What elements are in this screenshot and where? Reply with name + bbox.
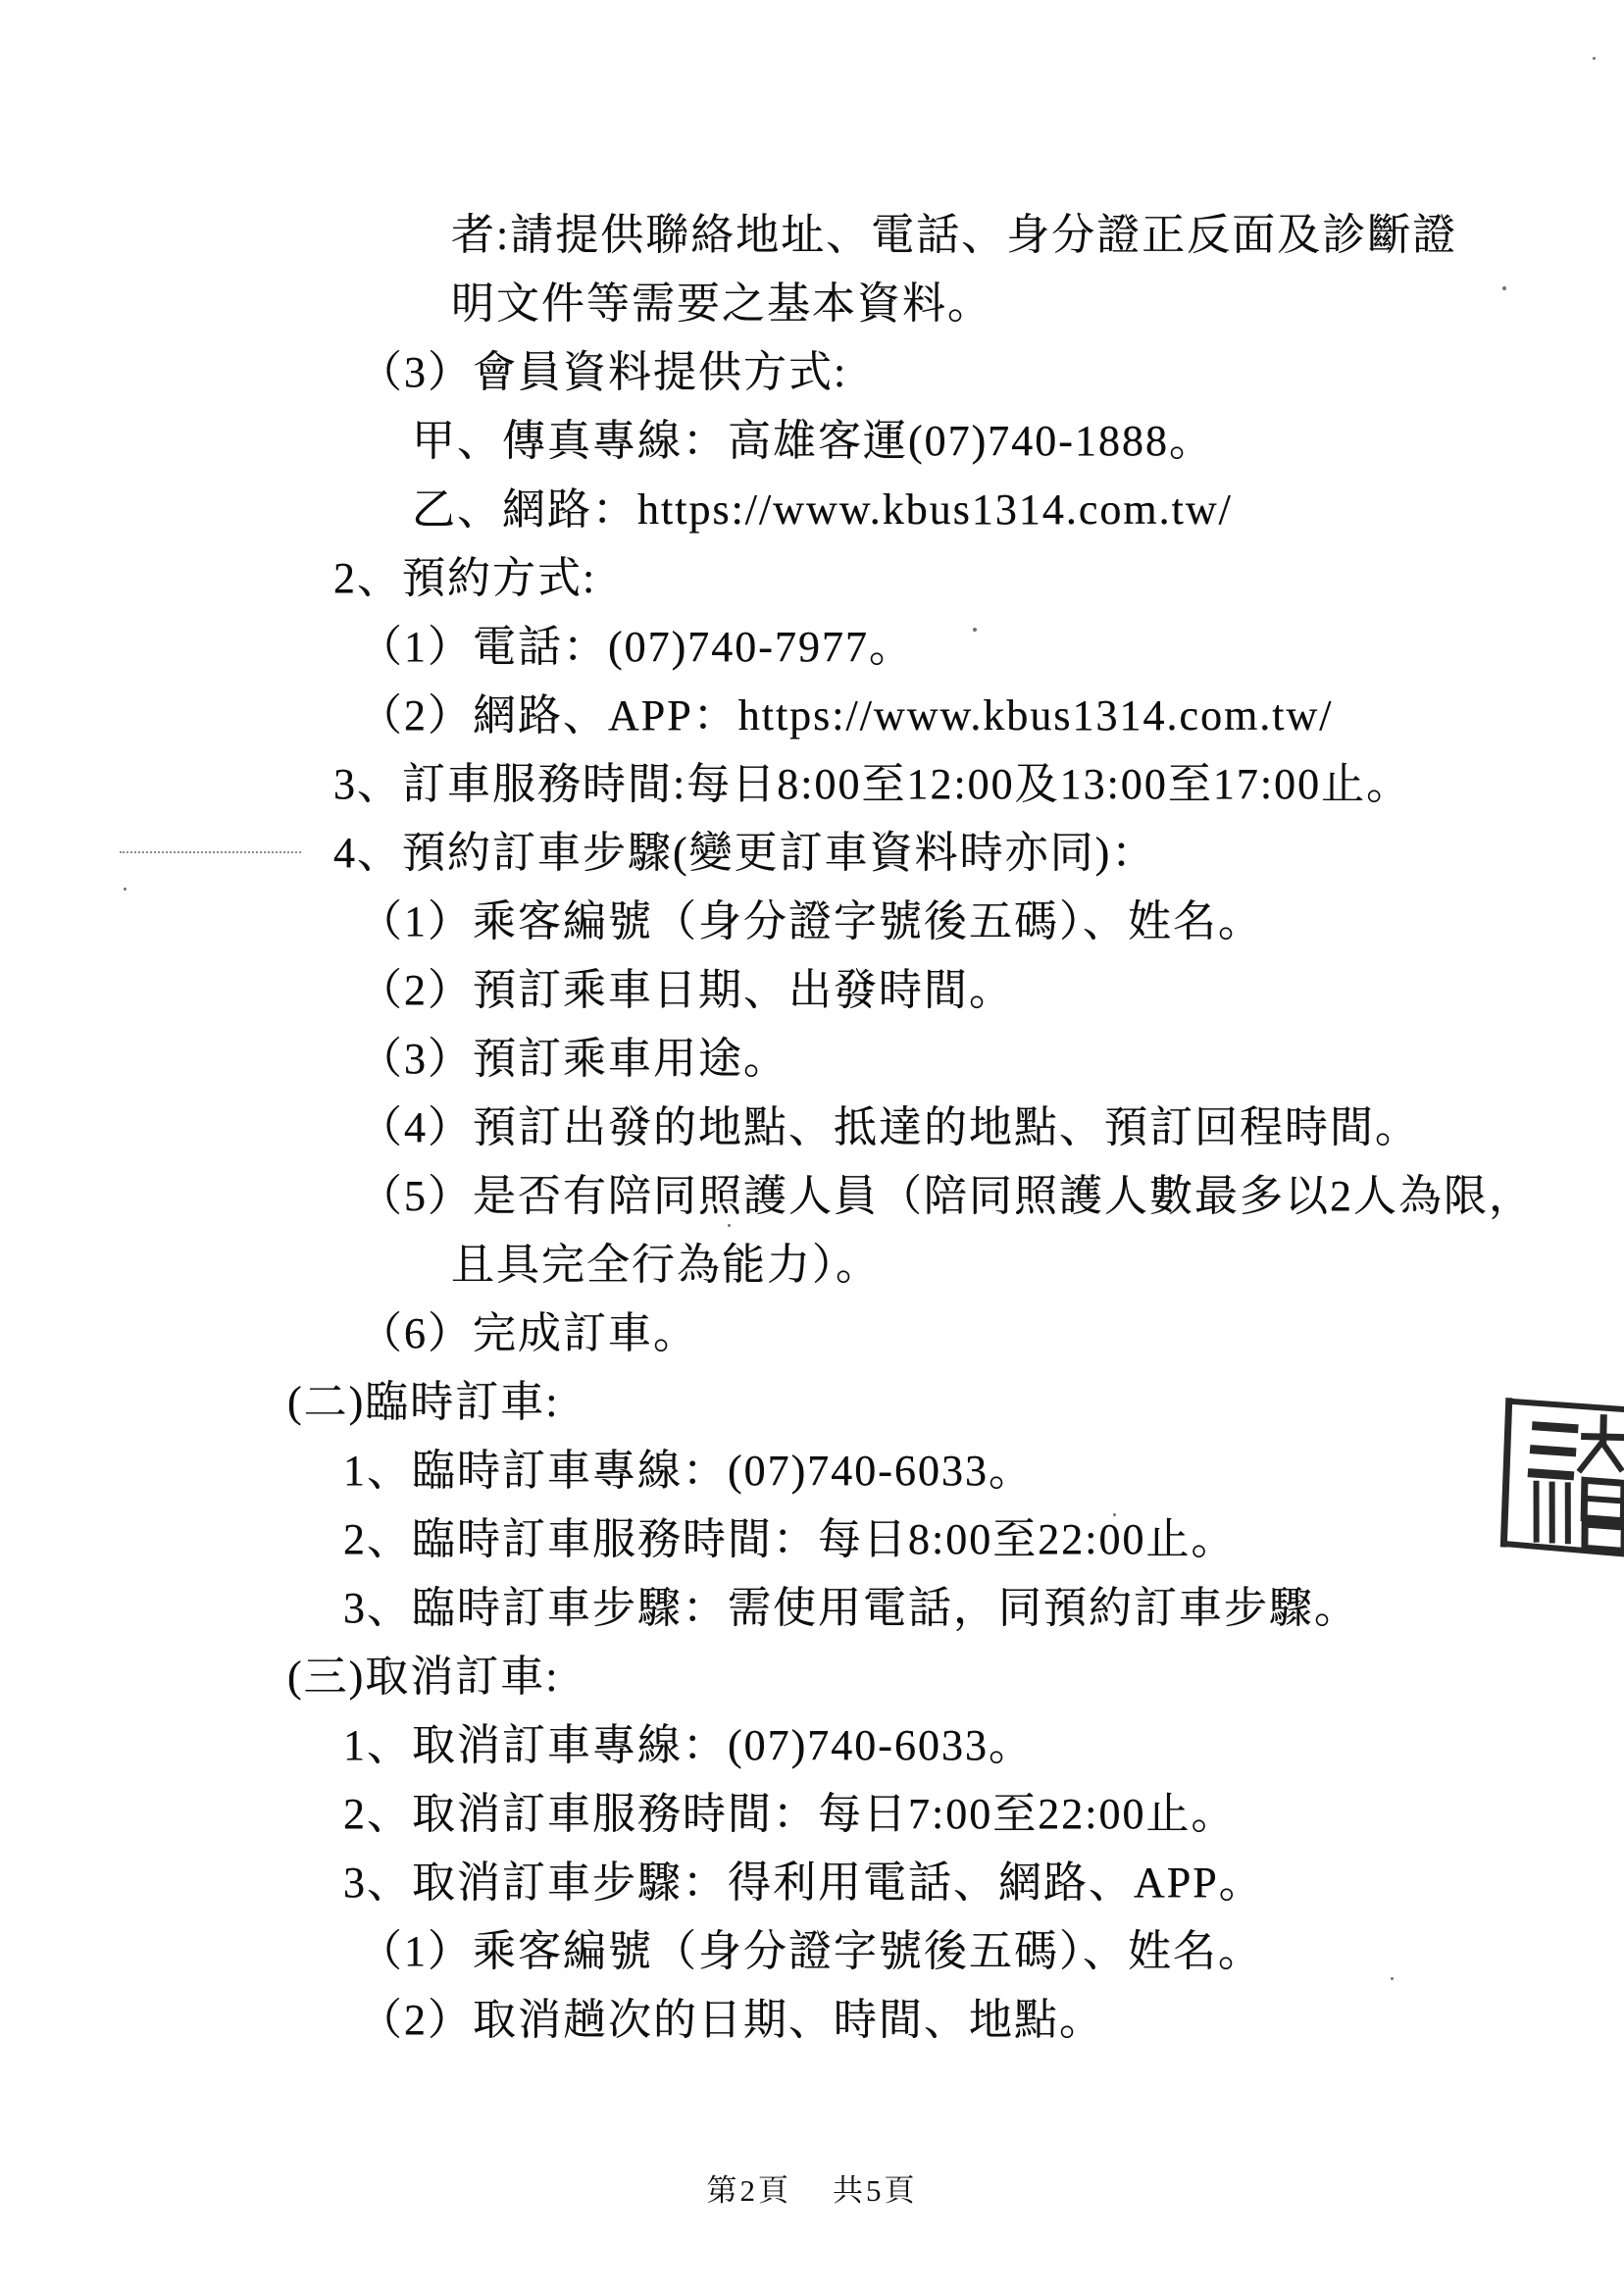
text-line: 3、取消訂車步驟：得利用電話、網路、APP。 xyxy=(343,1849,1624,1917)
text-line: 1、取消訂車專線：(07)740-6033。 xyxy=(343,1711,1624,1780)
text-line: 4、預約訂車步驟(變更訂車資料時亦同)： xyxy=(333,819,1624,888)
text-line: （5）是否有陪同照護人員（陪同照護人數最多以2人為限， xyxy=(359,1162,1624,1231)
text-line: （1）乘客編號（身分證字號後五碼）、姓名。 xyxy=(359,1917,1624,1986)
text-line: 且具完全行為能力）。 xyxy=(451,1231,1624,1299)
text-line: （2）網路、APP：https://www.kbus1314.com.tw/ xyxy=(359,682,1624,750)
text-line: （2）取消趟次的日期、時間、地點。 xyxy=(359,1986,1624,2055)
scan-noise xyxy=(728,1224,731,1227)
text-line: （3）預訂乘車用途。 xyxy=(359,1025,1624,1094)
scan-noise xyxy=(124,888,127,891)
page-total: 共5頁 xyxy=(833,2173,918,2208)
text-line: （1）電話：(07)740-7977。 xyxy=(359,613,1624,682)
text-line: （1）乘客編號（身分證字號後五碼）、姓名。 xyxy=(359,888,1624,956)
text-line: 3、訂車服務時間:每日8:00至12:00及13:00至17:00止。 xyxy=(333,750,1624,819)
scan-noise xyxy=(1502,286,1506,290)
scan-noise xyxy=(1593,57,1596,60)
text-line: 明文件等需要之基本資料。 xyxy=(451,270,1624,338)
text-line: 乙、網路：https://www.kbus1314.com.tw/ xyxy=(412,476,1624,544)
text-line: (三)取消訂車: xyxy=(287,1643,1624,1711)
page-number: 第2頁 xyxy=(707,2173,792,2208)
scan-noise xyxy=(120,851,301,853)
text-line: 2、臨時訂車服務時間：每日8:00至22:00止。 xyxy=(343,1505,1624,1574)
text-line: （4）預訂出發的地點、抵達的地點、預訂回程時間。 xyxy=(359,1094,1624,1162)
scan-noise xyxy=(1391,1977,1394,1980)
document-page: 者:請提供聯絡地址、電話、身分證正反面及診斷證明文件等需要之基本資料。（3）會員… xyxy=(0,0,1624,2293)
text-line: 2、預約方式: xyxy=(333,544,1624,613)
scan-noise xyxy=(1113,1513,1116,1516)
document-body: 者:請提供聯絡地址、電話、身分證正反面及診斷證明文件等需要之基本資料。（3）會員… xyxy=(0,201,1624,2055)
text-line: 2、取消訂車服務時間：每日7:00至22:00止。 xyxy=(343,1780,1624,1849)
text-line: 1、臨時訂車專線：(07)740-6033。 xyxy=(343,1437,1624,1505)
text-line: （2）預訂乘車日期、出發時間。 xyxy=(359,956,1624,1025)
text-line: (二)臨時訂車: xyxy=(287,1368,1624,1437)
text-line: 甲、傳真專線：高雄客運(07)740-1888。 xyxy=(412,407,1624,476)
stamp-seal xyxy=(1470,1382,1624,1575)
page-footer: 第2頁共5頁 xyxy=(0,2166,1624,2210)
text-line: （6）完成訂車。 xyxy=(359,1299,1624,1368)
text-line: 者:請提供聯絡地址、電話、身分證正反面及診斷證 xyxy=(451,201,1624,270)
scan-noise xyxy=(973,628,977,632)
text-line: （3）會員資料提供方式: xyxy=(359,338,1624,407)
text-line: 3、臨時訂車步驟：需使用電話，同預約訂車步驟。 xyxy=(343,1574,1624,1643)
